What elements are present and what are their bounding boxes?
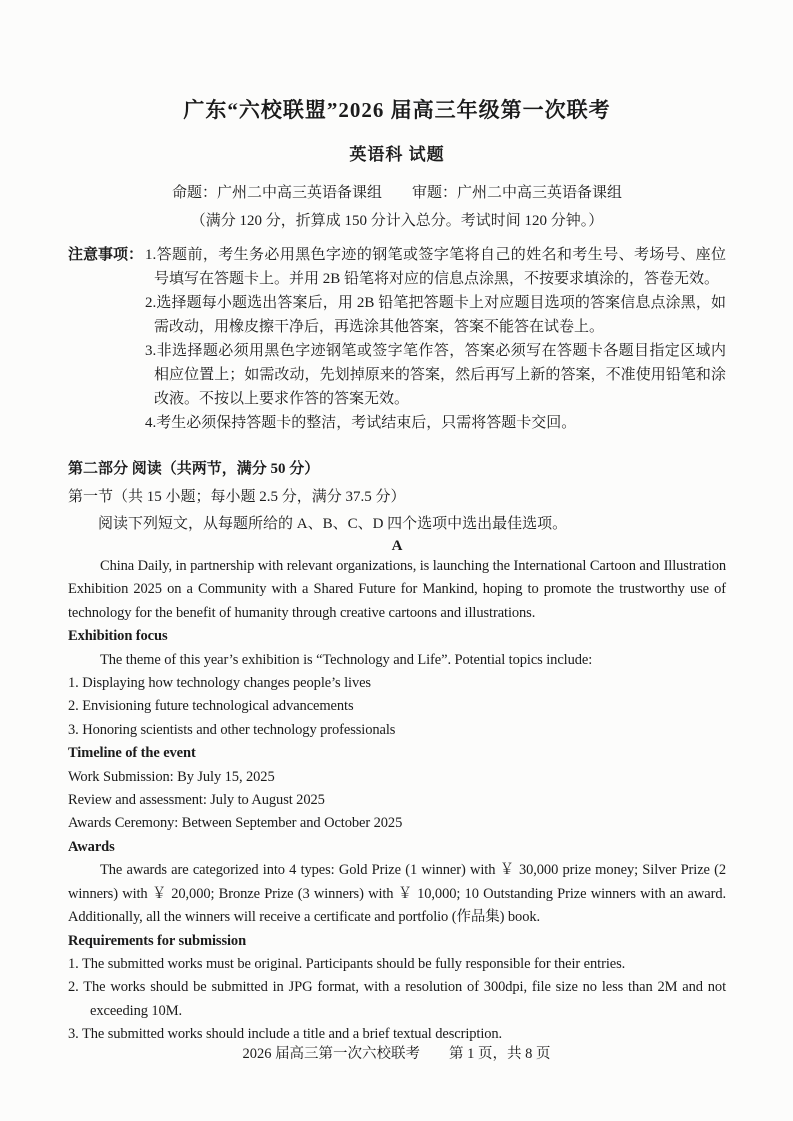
exhibition-focus-heading: Exhibition focus <box>68 625 726 648</box>
exam-setter-line: 命题：广州二中高三英语备课组 审题：广州二中高三英语备课组 <box>68 181 726 202</box>
timeline-item-submission: Work Submission: By July 15, 2025 <box>68 766 726 789</box>
exhibition-focus-intro: The theme of this year’s exhibition is “… <box>68 649 726 672</box>
exam-subject-title: 英语科 试题 <box>68 140 726 165</box>
awards-paragraph: The awards are categorized into 4 types:… <box>68 859 726 929</box>
focus-item-2: 2. Envisioning future technological adva… <box>68 695 726 718</box>
exam-score-line: （满分 120 分，折算成 150 分计入总分。考试时间 120 分钟。） <box>68 209 726 230</box>
section-one-heading: 第一节（共 15 小题；每小题 2.5 分，满分 37.5 分） <box>68 485 726 506</box>
notice-item-1: 1.答题前，考生务必用黑色字迹的钢笔或签字笔将自己的姓名和考生号、考场号、座位号… <box>145 243 726 291</box>
requirement-item-1: 1. The submitted works must be original.… <box>68 953 726 976</box>
timeline-item-awards-ceremony: Awards Ceremony: Between September and O… <box>68 812 726 835</box>
notice-section: 注意事项： 1.答题前，考生务必用黑色字迹的钢笔或签字笔将自己的姓名和考生号、考… <box>68 243 726 435</box>
page-footer: 2026 届高三第一次六校联考 第 1 页，共 8 页 <box>0 1042 793 1063</box>
reading-instruction: 阅读下列短文，从每题所给的 A、B、C、D 四个选项中选出最佳选项。 <box>68 512 726 533</box>
timeline-heading: Timeline of the event <box>68 742 726 765</box>
focus-item-3: 3. Honoring scientists and other technol… <box>68 719 726 742</box>
page-content: 广东“六校联盟”2026 届高三年级第一次联考 英语科 试题 命题：广州二中高三… <box>0 0 793 1047</box>
requirements-heading: Requirements for submission <box>68 930 726 953</box>
notice-items: 1.答题前，考生务必用黑色字迹的钢笔或签字笔将自己的姓名和考生号、考场号、座位号… <box>145 243 726 435</box>
awards-heading: Awards <box>68 836 726 859</box>
passage-a-body: China Daily, in partnership with relevan… <box>68 555 726 1047</box>
focus-item-1: 1. Displaying how technology changes peo… <box>68 672 726 695</box>
passage-intro-paragraph: China Daily, in partnership with relevan… <box>68 555 726 625</box>
exam-paper-page: 广东“六校联盟”2026 届高三年级第一次联考 英语科 试题 命题：广州二中高三… <box>0 0 793 1121</box>
notice-label: 注意事项： <box>68 243 143 267</box>
requirements-list: 1. The submitted works must be original.… <box>68 953 726 1047</box>
exam-title: 广东“六校联盟”2026 届高三年级第一次联考 <box>68 96 726 124</box>
passage-a-label: A <box>68 538 726 555</box>
notice-item-4: 4.考生必须保持答题卡的整洁，考试结束后，只需将答题卡交回。 <box>145 411 726 435</box>
requirement-item-2: 2. The works should be submitted in JPG … <box>68 976 726 1023</box>
exhibition-focus-list: 1. Displaying how technology changes peo… <box>68 672 726 742</box>
notice-item-2: 2.选择题每小题选出答案后，用 2B 铅笔把答题卡上对应题目选项的答案信息点涂黑… <box>145 291 726 339</box>
part-two-heading: 第二部分 阅读（共两节，满分 50 分） <box>68 457 726 478</box>
timeline-item-review: Review and assessment: July to August 20… <box>68 789 726 812</box>
notice-item-3: 3.非选择题必须用黑色字迹钢笔或签字笔作答，答案必须写在答题卡各题目指定区域内相… <box>145 339 726 411</box>
